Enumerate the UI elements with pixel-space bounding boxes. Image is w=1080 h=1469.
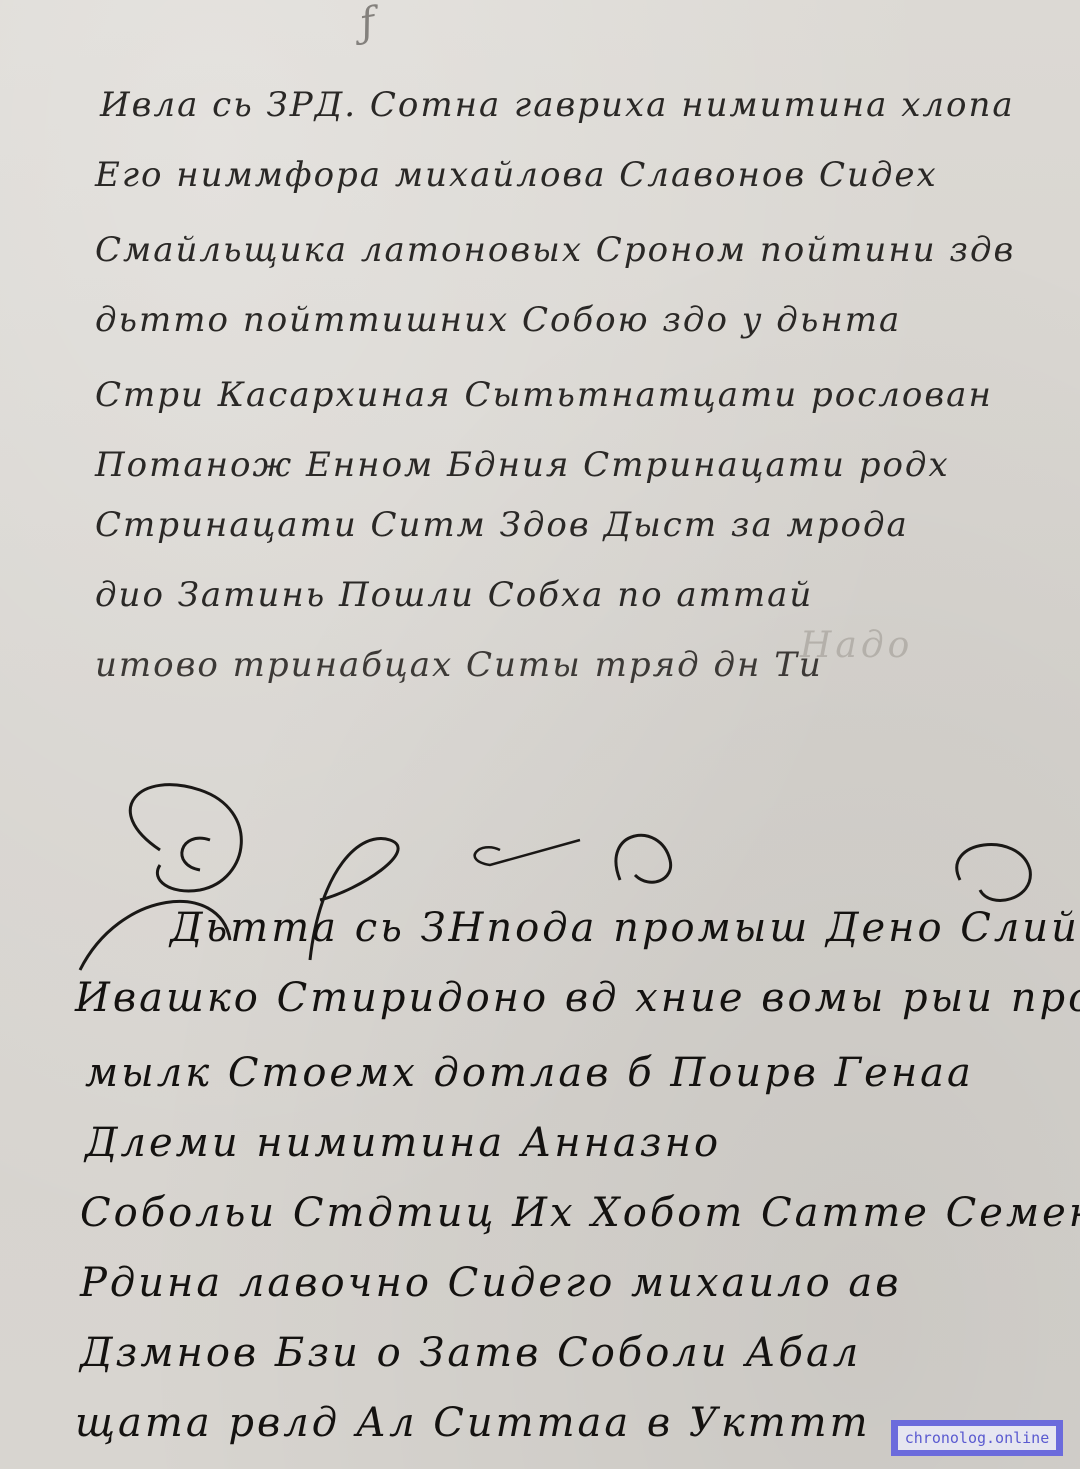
manuscript-line: Потанож Енном Бдния Стринацати родх bbox=[95, 445, 950, 485]
watermark-text: chronolog.online bbox=[898, 1426, 1056, 1450]
manuscript-line: итово тринабцах Ситы тряд дн Ти bbox=[95, 645, 823, 685]
manuscript-line: Его ниммфора михайлова Славонов Сидех bbox=[95, 155, 938, 195]
manuscript-line: Собольи Стдтиц Их Хобот Сатте Семена bbox=[80, 1190, 1080, 1236]
manuscript-line: Ивашко Стиридоно вд хние вомы рыи про bbox=[75, 975, 1080, 1021]
faded-margin-note: Надо bbox=[800, 625, 913, 666]
manuscript-line: Дзмнов Бзи о Затв Соболи Абал bbox=[80, 1330, 861, 1376]
manuscript-line: Дьтта сь ЗНпода промыш Дено Слий bbox=[170, 905, 1080, 951]
ornamental-flourish-icon bbox=[60, 770, 680, 990]
manuscript-line: Ивла сь ЗРД. Сотна гавриха нимитина хлоп… bbox=[100, 85, 1015, 125]
manuscript-line: Смайльщика латоновых Сроном пойтини здв bbox=[95, 230, 1015, 270]
manuscript-line: мылк Стоемх дотлав б Поирв Генаа bbox=[85, 1050, 974, 1096]
manuscript-line: Стринацати Ситм Здов Дыст за мрода bbox=[95, 505, 909, 545]
manuscript-line: Длеми нимитина Анназно bbox=[85, 1120, 721, 1166]
watermark-badge: chronolog.online bbox=[891, 1420, 1063, 1456]
manuscript-line: Стри Касархиная Сытьтнатцати рослован bbox=[95, 375, 993, 415]
top-pen-mark: ƒ bbox=[356, 0, 379, 47]
manuscript-page: ƒ Ивла сь ЗРД. Сотна гавриха нимитина хл… bbox=[0, 0, 1080, 1469]
manuscript-line: Рдина лавочно Сидего михаило ав bbox=[80, 1260, 902, 1306]
manuscript-line: дьтто пойттишних Собою здо у дьнта bbox=[95, 300, 901, 340]
manuscript-line: щата рвлд Ал Ситтаа в Укттт bbox=[75, 1400, 871, 1446]
manuscript-line: дио Затинь Пошли Собха по аттай bbox=[95, 575, 813, 615]
